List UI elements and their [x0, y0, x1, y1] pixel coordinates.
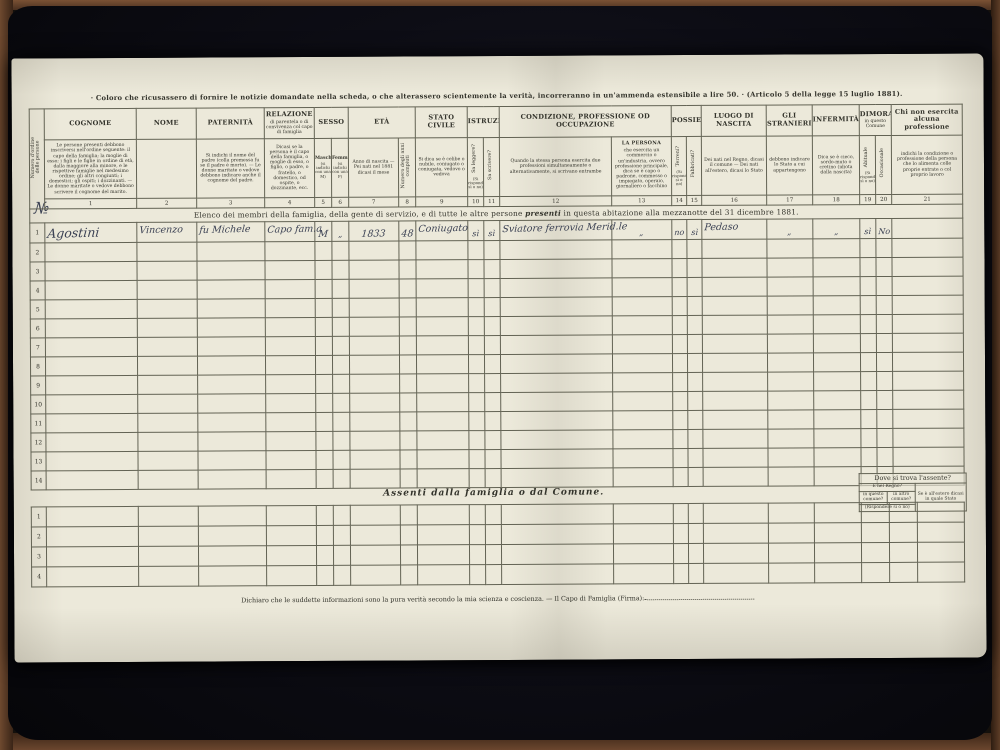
cell — [814, 429, 861, 448]
cell — [333, 393, 350, 412]
cell: 9 — [31, 376, 46, 395]
cell — [350, 431, 400, 450]
cell — [416, 260, 468, 279]
cell — [469, 393, 485, 412]
cell — [768, 372, 814, 391]
cell — [500, 335, 612, 355]
cell — [400, 505, 417, 525]
cell — [349, 336, 399, 355]
cell — [315, 336, 332, 355]
cell — [673, 430, 688, 449]
cell — [469, 355, 485, 374]
cell — [333, 469, 350, 488]
cell — [673, 354, 688, 373]
cell: 5 — [315, 197, 332, 207]
cell — [198, 451, 266, 470]
cell — [416, 241, 468, 260]
cell — [46, 394, 138, 413]
cell — [917, 522, 964, 542]
cell — [417, 450, 469, 469]
sesso-femminile-cell: Femminile(si indichi con una F) — [331, 138, 348, 197]
cell — [349, 260, 399, 279]
cell — [350, 374, 400, 393]
relazione-note: Dicasi se la persona è il capo della fam… — [264, 138, 314, 197]
cell — [673, 392, 688, 411]
cell — [484, 316, 500, 335]
cell — [469, 545, 485, 565]
cell: 1 — [30, 223, 45, 243]
condizione-note: Quando la stessa persona esercita due pr… — [499, 137, 611, 197]
cell — [893, 390, 964, 409]
cell — [889, 502, 917, 522]
cell — [400, 374, 417, 393]
cell — [198, 432, 266, 451]
cell — [768, 353, 814, 372]
cell — [767, 239, 813, 258]
cell — [349, 279, 399, 298]
col-luogo-nascita-header: LUOGO DI NASCITA — [701, 105, 766, 136]
cell — [333, 525, 350, 545]
entry-luogo: Pedaso — [702, 219, 767, 239]
cell — [46, 451, 138, 470]
cell — [814, 372, 861, 391]
cell — [399, 336, 416, 355]
cell — [613, 411, 673, 430]
entry-anno: 1833 — [349, 221, 399, 241]
cell: 10 — [468, 197, 484, 207]
cell — [266, 525, 316, 545]
cell — [333, 450, 350, 469]
cell — [877, 390, 893, 409]
cell — [892, 295, 963, 314]
cell — [197, 261, 265, 280]
cell — [416, 317, 468, 336]
entry-nome: Vincenzo — [137, 222, 197, 242]
cell — [198, 375, 266, 394]
cell — [892, 218, 963, 238]
cell — [317, 565, 334, 585]
cell — [484, 240, 500, 259]
cell — [400, 450, 417, 469]
cell — [672, 259, 687, 278]
cell — [702, 296, 767, 315]
cell — [768, 391, 814, 410]
cell — [767, 258, 813, 277]
cell — [197, 337, 265, 356]
cell — [265, 298, 315, 317]
cell — [45, 242, 137, 261]
entry-occasionale: No — [876, 218, 892, 238]
cell — [351, 565, 401, 585]
cell — [501, 430, 613, 450]
cell — [876, 333, 892, 352]
cell — [332, 298, 349, 317]
cell — [703, 448, 768, 467]
cell — [417, 525, 469, 545]
cell — [316, 469, 333, 488]
cell — [673, 544, 688, 564]
cell: 8 — [30, 357, 45, 376]
signature-line — [644, 592, 754, 601]
cell — [814, 503, 861, 523]
cell — [612, 240, 672, 259]
legal-warning-line: · Coloro che ricusassero di fornire le n… — [32, 90, 962, 103]
cell — [266, 505, 316, 525]
cell — [672, 278, 687, 297]
cell — [672, 316, 687, 335]
cell — [767, 296, 813, 315]
cell: 13 — [612, 196, 672, 206]
cell — [470, 565, 486, 585]
cell: 6 — [332, 197, 349, 207]
cell — [768, 467, 814, 486]
cell — [138, 413, 198, 432]
cell — [333, 412, 350, 431]
cell: 21 — [892, 194, 963, 204]
cell — [612, 316, 672, 335]
cell — [689, 563, 704, 583]
cell — [501, 468, 613, 488]
cell — [893, 447, 964, 466]
cell: 11 — [31, 414, 46, 433]
dimora-abituale-cell: Abituale(Si risponda: sì o no) — [859, 136, 875, 195]
cell — [688, 429, 703, 448]
cell — [332, 336, 349, 355]
cell — [703, 467, 768, 486]
cell — [350, 545, 400, 565]
cell — [703, 410, 768, 429]
cell — [333, 505, 350, 525]
cell — [768, 543, 814, 563]
cell — [197, 242, 265, 261]
col-paternita-header: PATERNITÀ — [196, 108, 264, 139]
cell — [416, 298, 468, 317]
cell — [485, 544, 501, 564]
cell — [417, 355, 469, 374]
cell: 10 — [31, 395, 46, 414]
cell: 1 — [45, 198, 137, 208]
cell — [416, 279, 468, 298]
col-relazione-header: RELAZIONEdi parentela o di convivenza co… — [264, 107, 314, 138]
cell — [704, 563, 769, 583]
cell — [137, 318, 197, 337]
cell — [815, 563, 862, 583]
cell — [702, 277, 767, 296]
entry-stranieri: „ — [767, 219, 813, 239]
cell — [198, 470, 266, 489]
cell — [892, 276, 963, 295]
cell — [199, 566, 267, 586]
cell — [485, 524, 501, 544]
cell — [688, 503, 703, 523]
stato-civile-note: Si dica se è celibe o nubile, coniugato … — [415, 138, 467, 197]
cell: 12 — [31, 433, 46, 452]
entry-infermita: „ — [813, 219, 860, 239]
cell — [612, 259, 672, 278]
cell — [486, 564, 502, 584]
cell — [687, 334, 702, 353]
cell — [265, 241, 315, 260]
cell — [316, 525, 333, 545]
cell — [485, 449, 501, 468]
cell — [501, 504, 613, 525]
cell — [814, 391, 861, 410]
cell — [673, 524, 688, 544]
cell — [860, 296, 876, 315]
cell — [860, 315, 876, 334]
sa-leggere-cell: Sa leggere?(Si risponda: sì o no) — [467, 138, 483, 197]
cell — [469, 505, 485, 525]
cell: 7 — [30, 338, 45, 357]
cell — [350, 525, 400, 545]
cell — [876, 276, 892, 295]
cell — [138, 394, 198, 413]
cell — [613, 449, 673, 468]
cell — [688, 523, 703, 543]
cell — [137, 242, 197, 261]
cell — [469, 374, 485, 393]
cell — [399, 298, 416, 317]
cell: 13 — [31, 452, 46, 471]
cell — [813, 334, 860, 353]
cell — [673, 468, 688, 487]
cell — [917, 502, 964, 522]
assenti-row-4: 4 — [32, 562, 965, 587]
entry-anni: 48 — [399, 221, 416, 241]
chi-non-esercita-note: indichi la condizione o professione dell… — [891, 135, 962, 194]
cell — [417, 545, 469, 565]
cell — [672, 297, 687, 316]
cell — [332, 317, 349, 336]
infermita-note: Dica se è cieco, sordo-muto o cretino (i… — [812, 136, 859, 195]
cell — [332, 355, 349, 374]
cell — [500, 278, 612, 298]
cell — [198, 413, 266, 432]
cell — [45, 318, 137, 337]
cell — [673, 373, 688, 392]
cell — [334, 565, 351, 585]
cell — [417, 374, 469, 393]
entry-abituale: sì — [860, 219, 876, 239]
cell — [401, 565, 418, 585]
possiede-terreni-cell: Terreni?(Si risponda: sì o no) — [671, 137, 686, 196]
cell — [612, 297, 672, 316]
cell — [418, 565, 470, 585]
cell — [315, 298, 332, 317]
cell — [484, 278, 500, 297]
col-nome-header: NOME — [136, 108, 196, 139]
dimora-occasionale-cell: Occasionale — [875, 135, 891, 194]
cell — [417, 431, 469, 450]
cell: 4 — [30, 281, 45, 300]
cell — [198, 546, 266, 566]
cell — [315, 279, 332, 298]
cell: 16 — [702, 195, 767, 205]
cell — [45, 337, 137, 356]
cell — [500, 297, 612, 317]
cell — [500, 240, 612, 260]
cell — [400, 545, 417, 565]
col-sesso-header: SESSO — [314, 107, 348, 138]
cell — [46, 413, 138, 432]
cell — [138, 526, 198, 546]
cell — [400, 393, 417, 412]
cell — [613, 392, 673, 411]
cell — [918, 562, 965, 582]
cell — [46, 546, 138, 566]
cell — [399, 241, 416, 260]
cell: 20 — [876, 194, 892, 204]
cell — [197, 280, 265, 299]
la-persona-cell: LA PERSONAche esercita un commercio o un… — [611, 137, 671, 196]
cell — [138, 506, 198, 526]
cell — [197, 299, 265, 318]
cell — [814, 448, 861, 467]
cell — [877, 428, 893, 447]
cell: 2 — [31, 527, 46, 547]
col-stranieri-header: GLI STRANIERI — [766, 105, 812, 136]
cell — [417, 469, 469, 488]
cell — [889, 522, 917, 542]
col-condizione-header: CONDIZIONE, PROFESSIONE OD OCCUPAZIONE — [499, 106, 671, 138]
cell — [468, 336, 484, 355]
assenti-section-title: Assenti dalla famiglia o dal Comune. — [174, 486, 814, 499]
cell — [768, 410, 814, 429]
cell — [814, 543, 861, 563]
cell — [198, 526, 266, 546]
absent-box-title: Dove si trova l'assente? — [859, 473, 966, 484]
cell — [889, 542, 917, 562]
cell — [332, 260, 349, 279]
cell — [501, 411, 613, 431]
cell — [469, 469, 485, 488]
cell — [893, 409, 964, 428]
cell — [137, 337, 197, 356]
cell — [349, 298, 399, 317]
cell — [350, 469, 400, 488]
cell — [703, 503, 768, 523]
cell — [484, 335, 500, 354]
cell — [861, 522, 889, 542]
cell — [687, 315, 702, 334]
cognome-note: Le persone presenti debbono inscriversi … — [44, 139, 136, 198]
cell — [813, 296, 860, 315]
cell — [468, 260, 484, 279]
cell — [137, 299, 197, 318]
cell — [265, 336, 315, 355]
cell — [688, 353, 703, 372]
cell — [333, 431, 350, 450]
cell — [400, 412, 417, 431]
cell — [45, 299, 137, 318]
cell — [417, 393, 469, 412]
cell — [485, 430, 501, 449]
cell — [417, 505, 469, 525]
cell — [332, 241, 349, 260]
sesso-maschile-cell: Maschile(si indichi con una M) — [314, 138, 331, 197]
cell — [266, 412, 316, 431]
cell — [350, 393, 400, 412]
cell — [917, 542, 964, 562]
cell — [860, 258, 876, 277]
cell — [138, 546, 198, 566]
cell — [768, 523, 814, 543]
cell — [861, 429, 877, 448]
entry-fabbricati: sì — [687, 219, 702, 239]
cell — [893, 371, 964, 390]
cell — [400, 431, 417, 450]
cell — [767, 334, 813, 353]
cell: 11 — [484, 196, 500, 206]
cell — [138, 375, 198, 394]
cell — [350, 450, 400, 469]
census-form-sheet: · Coloro che ricusassero di fornire le n… — [11, 53, 986, 662]
anno-nascita-note: Anno di nascita — Pei nati nel 1881 dica… — [348, 138, 398, 197]
cell — [861, 502, 889, 522]
entry-condizione: Sviatore ferrovia Merid.le — [500, 220, 612, 241]
entry-leggere: sì — [468, 221, 484, 241]
cell — [316, 393, 333, 412]
cell — [399, 355, 416, 374]
cell — [688, 391, 703, 410]
cell — [687, 296, 702, 315]
cell — [876, 257, 892, 276]
cell — [137, 280, 197, 299]
entry-sesso-f: „ — [332, 221, 349, 241]
cell — [860, 277, 876, 296]
cell — [47, 566, 139, 586]
entry-cognome: Agostini — [45, 222, 137, 242]
cell — [350, 505, 400, 525]
entry-terreni: no — [672, 220, 687, 240]
cell — [468, 279, 484, 298]
cell — [862, 562, 890, 582]
cell — [266, 469, 316, 488]
cell — [877, 409, 893, 428]
cell — [468, 317, 484, 336]
cell: 3 — [31, 547, 46, 567]
cell — [333, 374, 350, 393]
cell — [877, 447, 893, 466]
cell — [703, 391, 768, 410]
cell — [892, 257, 963, 276]
cell — [400, 525, 417, 545]
cell — [767, 315, 813, 334]
col-dimora-header: DIMORAin questo Comune — [859, 104, 891, 135]
cell — [688, 372, 703, 391]
cell — [332, 279, 349, 298]
cell — [485, 392, 501, 411]
cell — [613, 504, 673, 524]
cell — [860, 239, 876, 258]
cell — [813, 277, 860, 296]
cell — [613, 524, 673, 544]
cell — [468, 298, 484, 317]
cell — [485, 504, 501, 524]
cell: 3 — [197, 198, 265, 208]
col-eta-header: ETÀ — [348, 107, 415, 138]
cell — [876, 238, 892, 257]
cell — [416, 336, 468, 355]
cell — [613, 468, 673, 487]
entry-relazione: Capo fam.a — [265, 221, 315, 241]
cell: 4 — [265, 197, 315, 207]
cell: 14 — [31, 471, 46, 490]
cell — [814, 523, 861, 543]
cell — [315, 317, 332, 336]
cell: 4 — [32, 567, 47, 587]
cell — [703, 353, 768, 372]
